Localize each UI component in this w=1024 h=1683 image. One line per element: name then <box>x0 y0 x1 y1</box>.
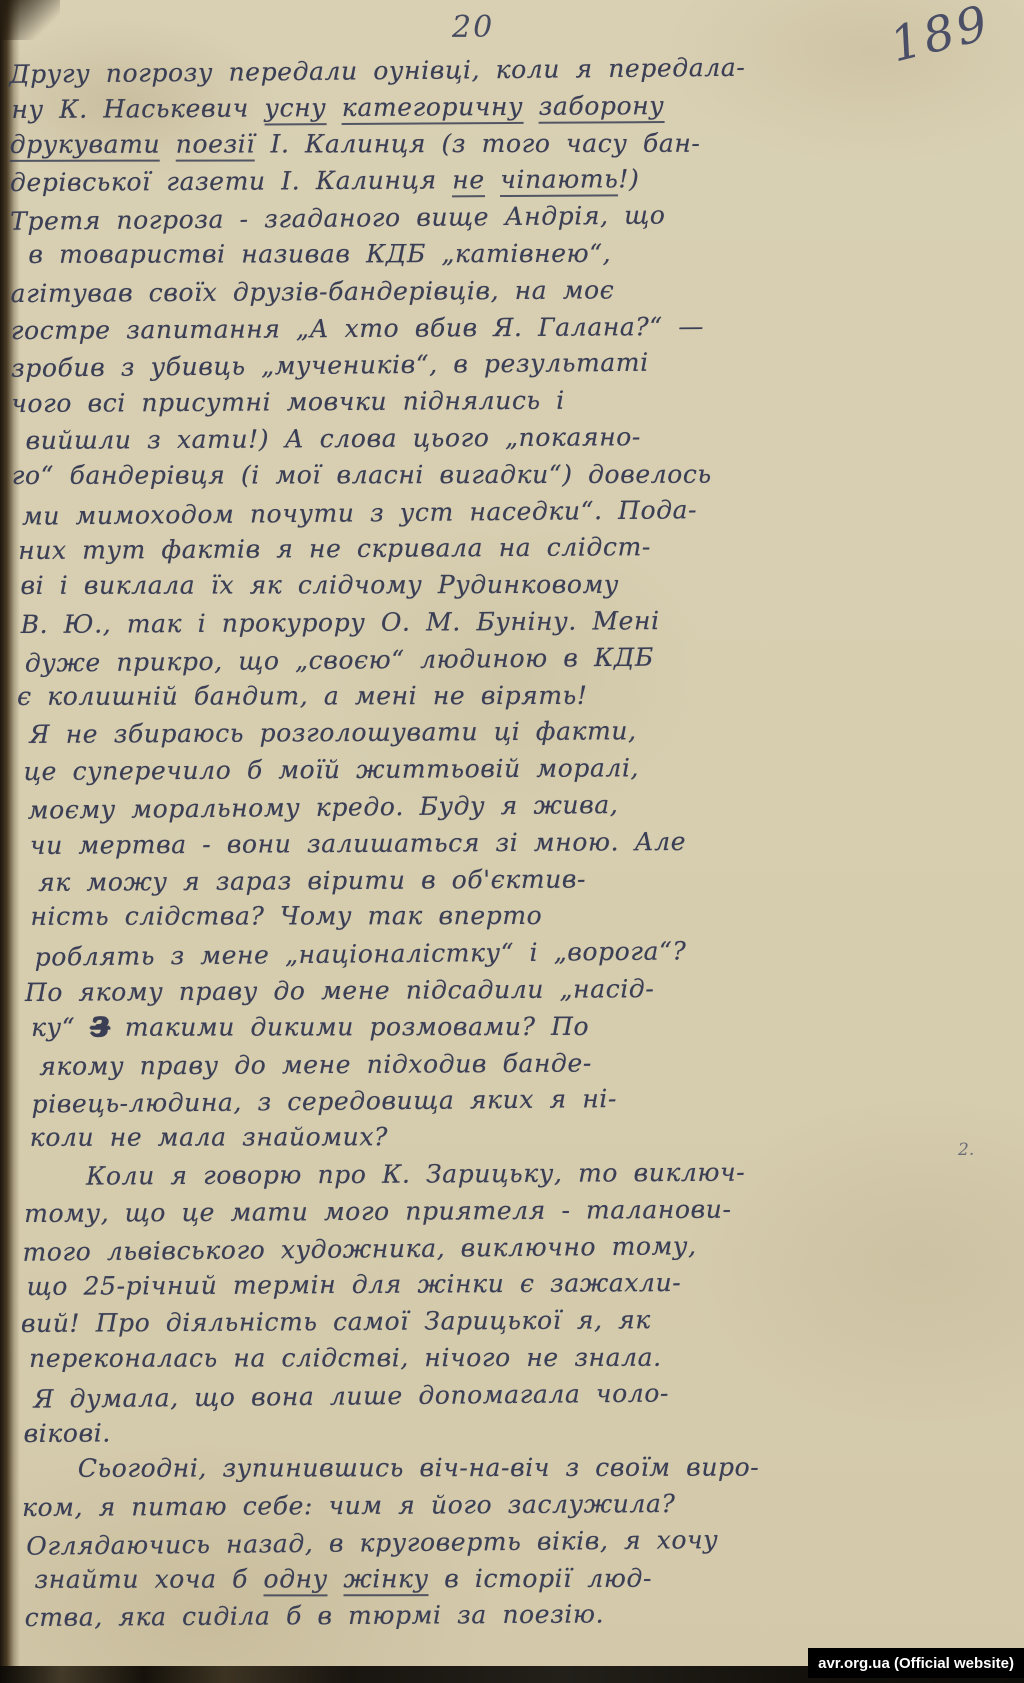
manuscript-line: чого всі присутні мовчки піднялись і <box>11 380 1003 423</box>
manuscript-line: ку“ З такими дикими розмовами? По <box>15 1008 1007 1047</box>
handwriting-segment: ві і виклала їх як слідчому Рудинковому <box>20 570 619 600</box>
handwriting-segment <box>326 93 342 122</box>
handwriting-segment: І. Калинця (з того часу бан- <box>255 128 701 158</box>
manuscript-line: Оглядаючись назад, в круговерть віків, я… <box>18 1519 1010 1565</box>
manuscript-line: ність слідства? Чому так вперто <box>14 897 1006 936</box>
handwriting-segment: в історії люд- <box>429 1563 652 1592</box>
handwriting-segment: По якому праву до мене підсадили „насід- <box>25 974 655 1007</box>
handwriting-segment: дерівської газети І. Калинця <box>10 166 452 198</box>
handwriting-segment: що 25-річний термін для жінки є зажахли- <box>27 1268 682 1301</box>
handwriting-segment: Третя погроза - згаданого вище Андрія, щ… <box>10 201 666 236</box>
manuscript-line: ну К. Наськевич усну категоричну заборон… <box>9 86 1001 129</box>
manuscript-line: Коли я говорю про К. Зарицьку, то виключ… <box>16 1153 1008 1196</box>
scribbled-out-mark: З <box>91 1012 110 1041</box>
manuscript-line: го“ бандерівця (і мої власні вигадки“) д… <box>12 456 1004 495</box>
handwriting-segment: як можу я зараз вірити в об'єктив- <box>38 864 586 896</box>
manuscript-line: вий! Про діяльність самої Зарицької я, я… <box>17 1300 1009 1343</box>
manuscript-line: ства, яка сиділа б в тюрмі за поезію. <box>19 1594 1011 1637</box>
underlined-word: усну <box>264 93 326 125</box>
scanned-manuscript-page: { "page": { "page_number_top": "20", "pa… <box>0 0 1024 1683</box>
handwriting-segment <box>160 129 176 158</box>
handwriting-segment: Сьогодні, зупинившись віч-на-віч з своїм… <box>78 1453 760 1483</box>
handwriting-segment: ком, я питаю себе: чим я його заслужила? <box>22 1489 676 1522</box>
handwriting-segment: го“ бандерівця (і мої власні вигадки“) д… <box>12 459 712 489</box>
handwriting-segment: рівець-людина, з середовища яких я ні- <box>31 1084 617 1119</box>
underlined-word: не <box>452 166 485 198</box>
manuscript-line: знайти хоча б одну жінку в історії люд- <box>18 1560 1010 1599</box>
handwriting-segment: Я не збираюсь розголошувати ці факти, <box>29 717 636 750</box>
handwriting-segment: агітував своїх друзів-бандерівців, на мо… <box>11 275 615 308</box>
handwriting-segment: такими дикими розмовами? По <box>109 1012 589 1042</box>
handwriting-segment: це суперечило б моїй життьовій моралі, <box>23 753 639 786</box>
watermark-bar: avr.org.ua (Official website) <box>808 1648 1024 1678</box>
handwriting-segment: коли не мала знайомих? <box>30 1122 388 1152</box>
handwriting-segment: дуже прикро, що „своєю“ людиною в КДБ <box>25 642 654 677</box>
manuscript-line: в товаристві називав КДБ „катівнею“, <box>10 235 1002 274</box>
manuscript-line: По якому праву до мене підсадили „насід- <box>15 969 1007 1012</box>
handwriting-segment: того львівського художника, виключно том… <box>22 1231 696 1266</box>
handwriting-segment: ства, яка сиділа б в тюрмі за поезію. <box>25 1600 605 1633</box>
manuscript-line: як можу я зараз вірити в об'єктив- <box>14 859 1006 902</box>
manuscript-line: агітував своїх друзів-бандерівців, на мо… <box>11 270 1003 313</box>
handwriting-segment: чи мертва - вони залишаться зі мною. Але <box>30 827 686 860</box>
manuscript-line: коли не мала знайомих? <box>16 1118 1008 1157</box>
manuscript-line: рівець-людина, з середовища яких я ні- <box>15 1078 1007 1124</box>
handwriting-segment: Другу погрозу передали оунівці, коли я п… <box>9 53 745 89</box>
underlined-word: одну <box>264 1564 328 1596</box>
manuscript-line: Я не збираюсь розголошувати ці факти, <box>13 711 1005 754</box>
handwriting-segment: Я думала, що вона лише допомагала чоло- <box>33 1378 669 1413</box>
handwriting-segment: вий! Про діяльність самої Зарицької я, я… <box>21 1305 651 1338</box>
handwriting-segment: ність слідства? Чому так вперто <box>30 901 542 931</box>
handwriting-segment: якому праву до мене підходив банде- <box>39 1048 592 1080</box>
handwriting-segment: !) <box>618 165 639 194</box>
handwriting-segment: Коли я говорю про К. Зарицьку, то виключ… <box>86 1157 745 1190</box>
handwriting-segment: ми мимоходом почути з уст наседки“. Пода… <box>22 495 697 530</box>
handwriting-segment: переконалась на слідстві, нічого не знал… <box>29 1343 662 1373</box>
handwriting-segment: чого всі присутні мовчки піднялись і <box>11 386 565 418</box>
handwriting-segment: вікові. <box>24 1419 111 1449</box>
manuscript-line: Третя погроза - згаданого вище Андрія, щ… <box>10 194 1002 240</box>
handwriting-segment: ну К. Наськевич <box>11 93 264 124</box>
handwritten-text-block: Другу погрозу передали оунівці, коли я п… <box>9 49 1011 1637</box>
manuscript-line: переконалась на слідстві, нічого не знал… <box>17 1339 1009 1378</box>
manuscript-line: ві і виклала їх як слідчому Рудинковому <box>12 566 1004 605</box>
handwriting-segment: вийшли з хати!) А слова цього „покаяно- <box>25 422 641 455</box>
underlined-word: жінку <box>343 1564 428 1596</box>
handwriting-segment <box>328 1564 344 1593</box>
handwriting-segment: моєму моральному кредо. Буду я жива, <box>28 790 619 825</box>
handwriting-segment: зробив з убивць „мучеників“, в результат… <box>11 348 649 383</box>
underlined-word: заборону <box>539 91 665 124</box>
top-left-scan-shadow <box>0 0 60 40</box>
watermark-text: avr.org.ua (Official website) <box>818 1655 1014 1672</box>
handwriting-segment: ку“ <box>31 1012 91 1041</box>
handwriting-segment: знайти хоча б <box>34 1564 263 1593</box>
manuscript-line: друкувати поезії І. Калинця (з того часу… <box>10 125 1002 164</box>
handwriting-segment: роблять з мене „націоналістку“ і „ворога… <box>35 936 687 971</box>
handwriting-segment: них тут фактів я не скривала на слідст- <box>18 532 651 565</box>
handwriting-segment: тому, що це мати мого приятеля - таланов… <box>24 1194 731 1227</box>
handwriting-segment: в товаристві називав КДБ „катівнею“, <box>28 239 611 269</box>
handwriting-segment: є колишній бандит, а мені не вірять! <box>17 680 587 710</box>
handwriting-segment: гостре запитання „А хто вбив Я. Галана?“… <box>11 311 704 344</box>
handwriting-segment: В. Ю., так і прокурору О. М. Буніну. Мен… <box>21 606 660 639</box>
handwriting-segment <box>523 92 539 121</box>
manuscript-line: вийшли з хати!) А слова цього „покаяно- <box>11 417 1003 460</box>
stray-ink-mark: 2. <box>958 1140 974 1160</box>
handwriting-segment <box>485 165 501 194</box>
manuscript-line: Сьогодні, зупинившись віч-на-віч з своїм… <box>18 1449 1010 1488</box>
manuscript-line: є колишній бандит, а мені не вірять! <box>13 677 1005 716</box>
underlined-word: категоричну <box>342 92 523 125</box>
page-number-top: 20 <box>452 10 494 45</box>
underlined-word: поезії <box>176 129 255 161</box>
handwriting-segment: Оглядаючись назад, в круговерть віків, я… <box>26 1525 718 1561</box>
underlined-word: друкувати <box>10 129 161 161</box>
underlined-word: чіпають <box>500 165 618 198</box>
manuscript-line: дуже прикро, що „своєю“ людиною в КДБ <box>13 636 1005 682</box>
